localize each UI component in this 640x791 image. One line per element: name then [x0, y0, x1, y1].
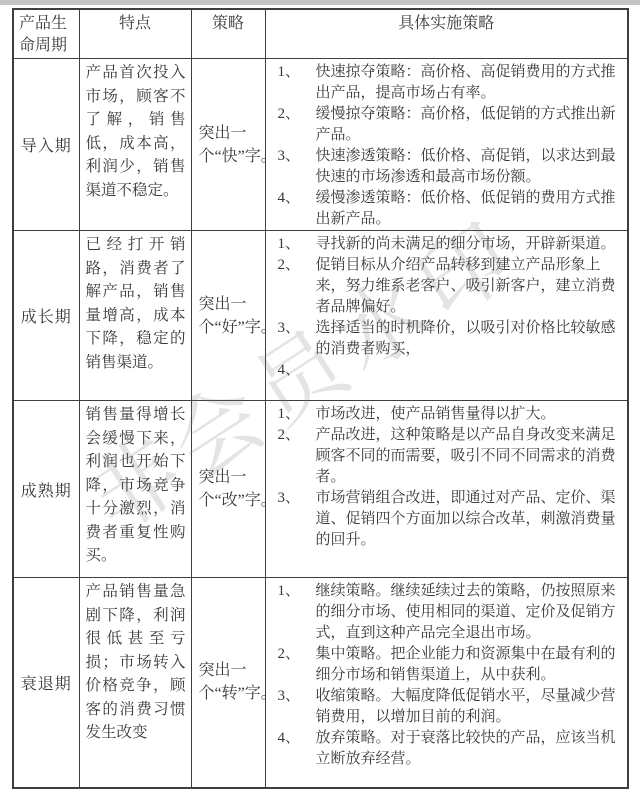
header-features: 特点 [79, 9, 191, 59]
traits-cell: 销售量得增长会缓慢下来，利润也开始下降，市场竞争十分激烈，消费者重复性购买。 [79, 401, 191, 578]
detail-item-number: 3、 [266, 146, 316, 167]
detail-item-number: 2、 [266, 644, 316, 665]
detail-item-number: 1、 [266, 581, 316, 602]
top-edge-strip [0, 0, 640, 5]
details-cell: 1、 快速掠夺策略：高价格、高促销费用的方式推出产品，提高市场占有率。 2、 缓… [265, 59, 628, 231]
detail-item: 3、 选择适当的时机降价，以吸引对价格比较敏感的消费者购买， [266, 318, 628, 360]
table-row-growth: 成长期 已经打开销路，消费者了解产品，销售量增高，成本下降，稳定的销售渠道。 突… [13, 231, 628, 401]
detail-item-number: 1、 [266, 404, 316, 425]
detail-item-number: 1、 [266, 62, 316, 83]
table-row-introduction: 导入期 产品首次投入市场，顾客不了解，销售低，成本高，利润少，销售渠道不稳定。 … [13, 59, 628, 231]
detail-item-number: 4、 [266, 728, 316, 749]
detail-item-text: 选择适当的时机降价，以吸引对价格比较敏感的消费者购买， [316, 318, 628, 360]
detail-item: 3、 市场营销组合改进，即通过对产品、定价、渠道、促销四个方面加以综合改革，刺激… [266, 488, 628, 551]
detail-item: 3、 收缩策略。大幅度降低促销水平，尽量减少营销费用，以增加目前的利润。 [266, 686, 628, 728]
detail-item-text: 收缩策略。大幅度降低促销水平，尽量减少营销费用，以增加目前的利润。 [316, 686, 628, 728]
detail-item: 2、 促销目标从介绍产品转移到建立产品形象上来，努力维系老客户、吸引新客户，建立… [266, 255, 628, 318]
strategy-cell: 突出一个“好”字。 [191, 231, 265, 401]
detail-item-number: 3、 [266, 318, 316, 339]
detail-item: 1、 寻找新的尚未满足的细分市场，开辟新渠道。 [266, 234, 628, 255]
detail-item-number: 2、 [266, 255, 316, 276]
detail-item-number: 3、 [266, 488, 316, 509]
header-strategy: 策略 [191, 9, 265, 59]
detail-item-text: 放弃策略。对于衰落比较快的产品，应该当机立断放弃经营。 [316, 728, 628, 770]
page: 产品生命周期 特点 策略 具体实施策略 导入期 产品首次投入市场，顾客不了解，销… [0, 0, 640, 791]
product-lifecycle-table: 产品生命周期 特点 策略 具体实施策略 导入期 产品首次投入市场，顾客不了解，销… [12, 8, 629, 789]
table-row-maturity: 成熟期 销售量得增长会缓慢下来，利润也开始下降，市场竞争十分激烈，消费者重复性购… [13, 401, 628, 578]
detail-item-text: 缓慢渗透策略：低价格、低促销的费用方式推出新产品。 [316, 188, 628, 230]
detail-item-text: 市场改进，使产品销售量得以扩大。 [316, 404, 628, 425]
detail-item: 2、 集中策略。把企业能力和资源集中在最有利的细分市场和销售渠道上，从中获利。 [266, 644, 628, 686]
detail-item: 3、 快速渗透策略：低价格、高促销，以求达到最快速的市场渗透和最高市场份额。 [266, 146, 628, 188]
detail-item-text: 快速渗透策略：低价格、高促销，以求达到最快速的市场渗透和最高市场份额。 [316, 146, 628, 188]
stage-cell: 成熟期 [13, 401, 79, 578]
strategy-cell: 突出一个“转”字。 [191, 578, 265, 788]
traits-cell: 已经打开销路，消费者了解产品，销售量增高，成本下降，稳定的销售渠道。 [79, 231, 191, 401]
detail-item-number: 2、 [266, 104, 316, 125]
detail-item-text: 促销目标从介绍产品转移到建立产品形象上来，努力维系老客户、吸引新客户，建立消费者… [316, 255, 628, 318]
detail-item: 1、 快速掠夺策略：高价格、高促销费用的方式推出产品，提高市场占有率。 [266, 62, 628, 104]
detail-item: 4、 放弃策略。对于衰落比较快的产品，应该当机立断放弃经营。 [266, 728, 628, 770]
stage-cell: 导入期 [13, 59, 79, 231]
detail-item-text: 缓慢掠夺策略：高价格，低促销的方式推出新产品。 [316, 104, 628, 146]
detail-item-text: 快速掠夺策略：高价格、高促销费用的方式推出产品，提高市场占有率。 [316, 62, 628, 104]
stage-cell: 成长期 [13, 231, 79, 401]
header-implementation: 具体实施策略 [265, 9, 628, 59]
header-row: 产品生命周期 特点 策略 具体实施策略 [13, 9, 628, 59]
detail-item-text: 继续策略。继续延续过去的策略，仍按照原来的细分市场、使用相同的渠道、定价及促销方… [316, 581, 628, 644]
traits-cell: 产品销售量急剧下降，利润很低甚至亏损；市场转入价格竞争，顾客的消费习惯发生改变 [79, 578, 191, 788]
detail-item-number: 4、 [266, 188, 316, 209]
header-lifecycle: 产品生命周期 [13, 9, 79, 59]
detail-item: 2、 产品改进，这种策略是以产品自身改变来满足顾客不同的而需要，吸引不同不同需求… [266, 425, 628, 488]
detail-item: 4、 缓慢渗透策略：低价格、低促销的费用方式推出新产品。 [266, 188, 628, 230]
strategy-cell: 突出一个“改”字。 [191, 401, 265, 578]
detail-item-text: 寻找新的尚未满足的细分市场，开辟新渠道。 [316, 234, 628, 255]
detail-item-text: 集中策略。把企业能力和资源集中在最有利的细分市场和销售渠道上，从中获利。 [316, 644, 628, 686]
detail-item: 4、 [266, 360, 628, 381]
detail-item-text: 产品改进，这种策略是以产品自身改变来满足顾客不同的而需要，吸引不同不同需求的消费… [316, 425, 628, 488]
detail-item-text: 市场营销组合改进，即通过对产品、定价、渠道、促销四个方面加以综合改革，刺激消费量… [316, 488, 628, 551]
details-cell: 1、 市场改进，使产品销售量得以扩大。 2、 产品改进，这种策略是以产品自身改变… [265, 401, 628, 578]
detail-item: 1、 市场改进，使产品销售量得以扩大。 [266, 404, 628, 425]
traits-cell: 产品首次投入市场，顾客不了解，销售低，成本高，利润少，销售渠道不稳定。 [79, 59, 191, 231]
detail-item: 2、 缓慢掠夺策略：高价格，低促销的方式推出新产品。 [266, 104, 628, 146]
detail-item-number: 3、 [266, 686, 316, 707]
detail-item: 1、 继续策略。继续延续过去的策略，仍按照原来的细分市场、使用相同的渠道、定价及… [266, 581, 628, 644]
strategy-cell: 突出一个“快”字。 [191, 59, 265, 231]
stage-cell: 衰退期 [13, 578, 79, 788]
table-row-decline: 衰退期 产品销售量急剧下降，利润很低甚至亏损；市场转入价格竞争，顾客的消费习惯发… [13, 578, 628, 788]
detail-item-number: 4、 [266, 360, 316, 381]
details-cell: 1、 寻找新的尚未满足的细分市场，开辟新渠道。 2、 促销目标从介绍产品转移到建… [265, 231, 628, 401]
detail-item-number: 1、 [266, 234, 316, 255]
detail-item-number: 2、 [266, 425, 316, 446]
details-cell: 1、 继续策略。继续延续过去的策略，仍按照原来的细分市场、使用相同的渠道、定价及… [265, 578, 628, 788]
